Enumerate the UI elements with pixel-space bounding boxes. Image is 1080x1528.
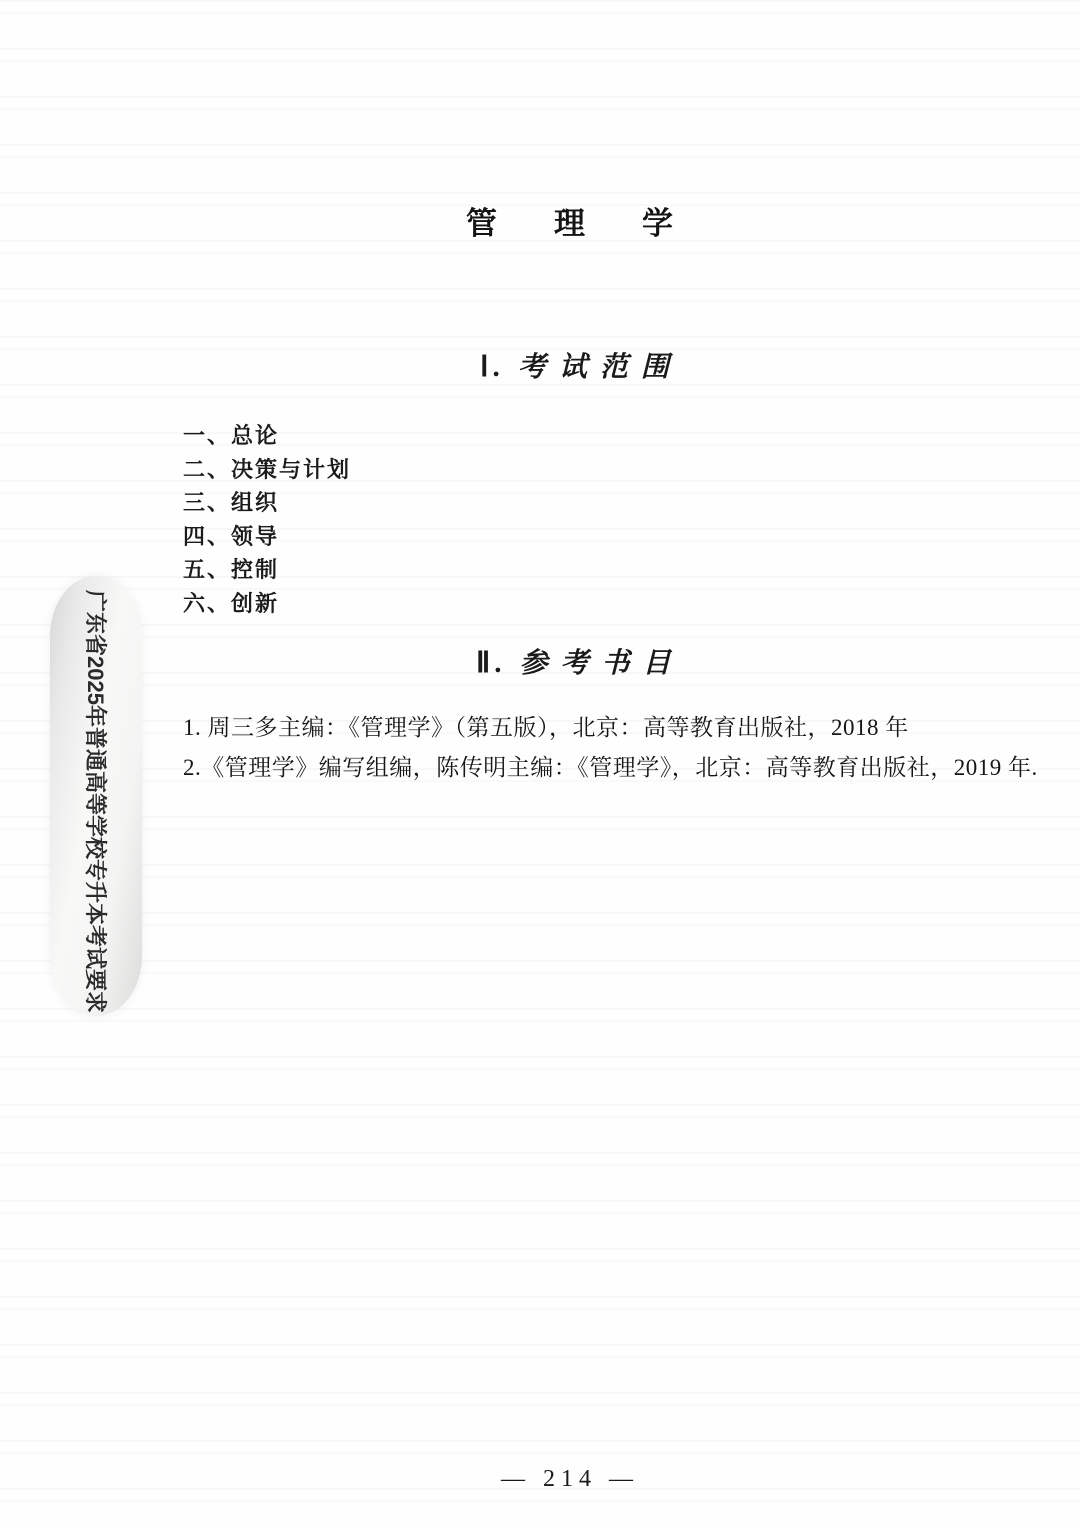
reference-list: 1. 周三多主编：《管理学》（第五版），北京：高等教育出版社，2018 年 2.… — [183, 708, 1038, 788]
exam-scope-item-3: 三、组织 — [183, 486, 351, 520]
section-1-title: 考试范围 — [518, 352, 682, 383]
exam-scope-item-4: 四、领导 — [183, 520, 351, 554]
section-1-numeral: Ⅰ. — [480, 351, 504, 383]
page-title: 管理学 — [466, 198, 730, 243]
section-2-heading: Ⅱ.参考书目 — [476, 641, 684, 681]
exam-scope-item-6: 六、创新 — [183, 587, 351, 621]
reference-item-2: 2.《管理学》编写组编，陈传明主编：《管理学》，北京：高等教育出版社，2019 … — [183, 748, 1038, 788]
reference-item-1: 1. 周三多主编：《管理学》（第五版），北京：高等教育出版社，2018 年 — [183, 708, 1038, 748]
section-2-numeral: Ⅱ. — [476, 647, 506, 679]
page-number: — 214 — — [470, 1466, 670, 1493]
exam-scope-list: 一、总论 二、决策与计划 三、组织 四、领导 五、控制 六、创新 — [183, 419, 351, 620]
spine-label: 广东省2025年普通高等学校专升本考试要求 — [81, 590, 112, 1013]
section-1-heading: Ⅰ.考试范围 — [480, 345, 682, 385]
exam-scope-item-2: 二、决策与计划 — [183, 453, 351, 487]
exam-scope-item-5: 五、控制 — [183, 553, 351, 587]
exam-scope-item-1: 一、总论 — [183, 419, 351, 453]
document-page: 管理学 Ⅰ.考试范围 一、总论 二、决策与计划 三、组织 四、领导 五、控制 六… — [0, 0, 1080, 1528]
section-2-title: 参考书目 — [520, 648, 684, 679]
